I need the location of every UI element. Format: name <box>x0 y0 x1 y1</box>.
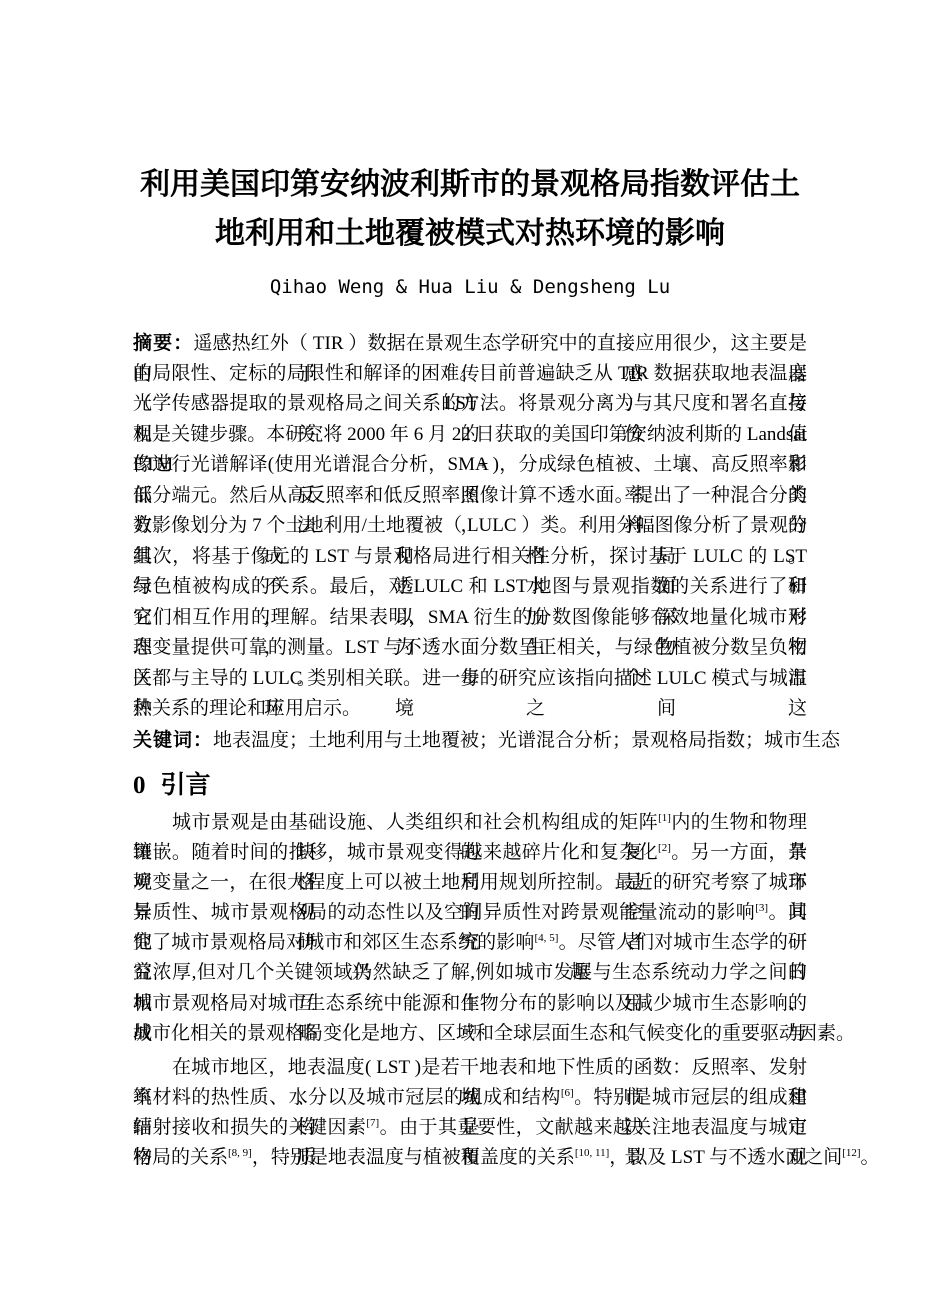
text-line: 观是关键步骤。本研究将 2000 年 6 月 22 日获取的美国印第安纳波利斯的… <box>133 420 807 451</box>
text-line: 理变量提供可靠的测量。LST 与不透水面分数呈正相关，与绿色植被分数呈负相关。每… <box>133 633 807 664</box>
citation-reference: [10, 11] <box>575 1147 609 1159</box>
section-number: 0 <box>133 772 146 799</box>
text-line: 它们相互作用的理解。结果表明，SMA 衍生的分数图像能够有效地量化城市形态，为生… <box>133 603 807 634</box>
text-line: 区都与主导的 LULC 类别相关联。进一步的研究应该指向描述 LULC 模式与城… <box>133 664 807 695</box>
field-label: 摘要： <box>133 332 193 354</box>
text-line: 的局限性、定标的局限性和解译的困难。目前普遍缺乏从 TIR 数据获取地表温度（ … <box>133 359 807 390</box>
text-line: 在城市地区，地表温度( LST )是若干地表和地下性质的函数：反照率、发射率、城… <box>133 1053 807 1083</box>
text-segment: 辐射接收和损失的关键因素 <box>133 1117 366 1138</box>
citation-reference: [6] <box>561 1087 574 1099</box>
text-segment: 筑材料的热性质、水分以及城市冠层的组成和结构 <box>133 1087 561 1108</box>
citation-reference: [4, 5] <box>535 932 559 944</box>
text-line: 摘要：遥感热红外（ TIR ）数据在景观生态学研究中的直接应用很少，这主要是由于… <box>133 328 807 359</box>
section-title: 引言 <box>161 770 211 799</box>
text-segment: 地表温度；土地利用与土地覆被；光谱混合分析；景观格局指数；城市生态 <box>213 730 840 751</box>
citation-reference: [1] <box>658 812 671 824</box>
text-line: 关键词：地表温度；土地利用与土地覆被；光谱混合分析；景观格局指数；城市生态 <box>133 725 807 756</box>
field-label: 关键词： <box>133 729 213 751</box>
paper-title-line1: 利用美国印第安纳波利斯市的景观格局指数评估土 <box>133 160 807 209</box>
text-segment: 城市景观是由基础设施、人类组织和社会机构组成的矩阵 <box>172 812 658 833</box>
citation-reference: [3] <box>755 902 768 914</box>
text-line: 格局的关系[8, 9]，特别是地表温度与植被覆盖度的关系[10, 11]，以及 … <box>133 1143 807 1173</box>
text-segment: ，特别是地表温度与植被覆盖度的关系 <box>252 1147 575 1168</box>
text-line: 究了城市景观格局对城市和郊区生态系统的影响[4, 5]。尽管人们对城市生态学的研… <box>133 928 807 958</box>
text-segment: 究了城市景观格局对城市和郊区生态系统的影响 <box>133 932 535 953</box>
introduction-paragraph-2: 在城市地区，地表温度( LST )是若干地表和地下性质的函数：反照率、发射率、城… <box>133 1053 807 1173</box>
keywords-block: 关键词：地表温度；土地利用与土地覆被；光谱混合分析；景观格局指数；城市生态 <box>133 725 807 756</box>
abstract-block: 摘要：遥感热红外（ TIR ）数据在景观生态学研究中的直接应用很少，这主要是由于… <box>133 328 807 725</box>
text-line: 异质性、城市景观格局的动态性以及空间异质性对跨景观能量流动的影响[3]。其他研究… <box>133 898 807 928</box>
paper-page: 利用美国印第安纳波利斯市的景观格局指数评估土 地利用和土地覆被模式对热环境的影响… <box>0 0 926 1309</box>
text-segment: 格局的关系 <box>133 1147 228 1168</box>
text-line: 城市景观是由基础设施、人类组织和社会机构组成的矩阵[1]内的生物和物理斑块的复杂 <box>133 808 807 838</box>
paper-title: 利用美国印第安纳波利斯市的景观格局指数评估土 地利用和土地覆被模式对热环境的影响 <box>133 160 807 258</box>
text-line: 镶嵌。随着时间的推移，城市景观变得越来越碎片化和复杂化[2]。另一方面，景观格局… <box>133 838 807 868</box>
paper-title-line2: 地利用和土地覆被模式对热环境的影响 <box>133 209 807 258</box>
text-segment: 。 <box>861 1147 880 1168</box>
citation-reference: [8, 9] <box>228 1147 252 1159</box>
text-segment: 镶嵌。随着时间的推移，城市景观变得越来越碎片化和复杂化 <box>133 842 658 863</box>
section-heading-introduction: 0引言 <box>133 767 807 804</box>
citation-reference: [12] <box>842 1147 860 1159</box>
text-line: 辐射接收和损失的关键因素[7]。由于其重要性，文献越来越关注地表温度与城市物质和… <box>133 1113 807 1143</box>
text-segment: 种关系的理论和应用启示。 <box>133 698 361 719</box>
authors-line: Qihao Weng & Hua Liu & Dengsheng Lu <box>133 274 807 300</box>
text-line: 筑材料的热性质、水分以及城市冠层的组成和结构[6]。特别是城市冠层的组成和结构是… <box>133 1083 807 1113</box>
text-line: 光学传感器提取的景观格局之间关系的方法。将景观分离为与其尺度和署名直接相关的价值 <box>133 389 807 420</box>
text-line: 益浓厚,但对几个关键领域仍然缺乏了解,例如城市发展与生态系统动力学之间的相互作用… <box>133 958 807 988</box>
text-segment: 城市化相关的景观格局变化是地方、区域和全球层面生态和气候变化的重要驱动因素。 <box>133 1023 855 1044</box>
text-line: 数影像划分为 7 个土地利用/土地覆被（ LULC ）类。利用分幅图像分析了景观… <box>133 511 807 542</box>
text-line: 境变量之一，在很大程度上可以被土地利用规划所控制。最近的研究考察了城市景观的空间 <box>133 868 807 898</box>
text-line: 城市化相关的景观格局变化是地方、区域和全球层面生态和气候变化的重要驱动因素。 <box>133 1019 807 1049</box>
text-segment: ，以及 LST 与不透水面之间 <box>609 1147 842 1168</box>
text-line: 部分端元。然后从高反照率和低反照率图像计算不透水面。提出了一种混合分类方法，将分 <box>133 481 807 512</box>
text-line: 其次，将基于像元的 LST 与景观格局进行相关性分析，探讨基于 LULC 的 L… <box>133 542 807 573</box>
text-line: 城市景观格局对城市生态系统中能源和生物分布的影响以及减少城市生态影响的战略[2]… <box>133 989 807 1019</box>
citation-reference: [7] <box>366 1117 379 1129</box>
text-line: 绿色植被构成的关系。最后，对 LULC 和 LST 地图与景观指数的关系进行了研… <box>133 572 807 603</box>
text-line: 像进行光谱解译(使用光谱混合分析，SMA )，分成绿色植被、土壤、高反照率和低反… <box>133 450 807 481</box>
citation-reference: [2] <box>658 842 671 854</box>
introduction-paragraph-1: 城市景观是由基础设施、人类组织和社会机构组成的矩阵[1]内的生物和物理斑块的复杂… <box>133 808 807 1049</box>
text-segment: 异质性、城市景观格局的动态性以及空间异质性对跨景观能量流动的影响 <box>133 902 755 923</box>
